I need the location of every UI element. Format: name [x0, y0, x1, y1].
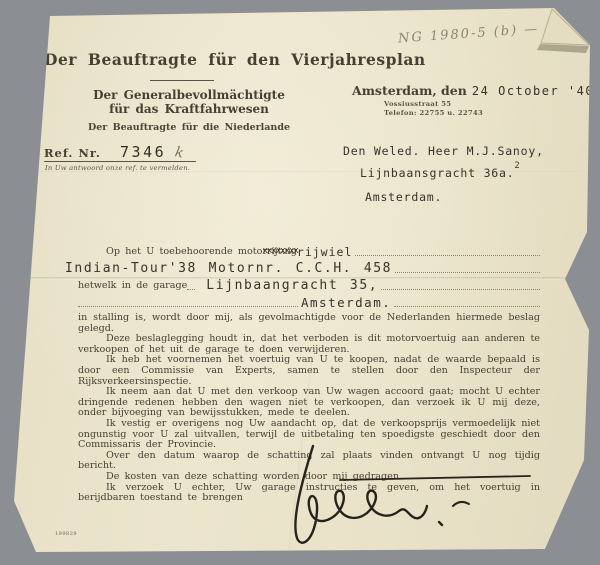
paragraph: Ik neem aan dat U met den verkoop van Uw…	[78, 387, 540, 419]
letterhead-subtitle-line2: für das Kraftfahrwesen	[54, 102, 324, 116]
recipient-name: Den Weled. Heer M.J.Sanoy,	[343, 144, 544, 158]
recipient-street-text: Lijnbaansgracht 36a.	[360, 166, 514, 180]
opening-line: Op het U toebehoorende motorrijtuigxxxxx…	[106, 243, 540, 258]
dotted-leader	[355, 255, 540, 256]
letterhead-subtitle2: Der Beauftragte für die Niederlande	[54, 122, 324, 133]
garage-typed-text: Lijnbaangracht 35,	[206, 281, 378, 292]
ref-number-typed: 7346	[120, 143, 166, 161]
letterhead-subtitle: Der Generalbevollmächtigte für das Kraft…	[54, 88, 324, 116]
dotted-leader	[395, 272, 540, 273]
letterhead-street: Vossiusstraat 55	[384, 100, 483, 109]
place-and-date: Amsterdam, den 24 October '40	[352, 80, 594, 99]
recipient-street-sup: 2	[514, 161, 520, 171]
typed-strikeout: xxxxxxxx	[262, 246, 297, 257]
garage-line: hetwelk in de garage Lijnbaangracht 35,	[78, 275, 540, 292]
letterhead-phone: Telefon: 22755 u. 22743	[384, 109, 483, 118]
opening-typed-word: rijwiel	[297, 247, 352, 258]
ref-handwritten-mark: k	[174, 144, 186, 161]
city-line: Amsterdam.	[78, 292, 540, 309]
vehicle-line: Indian-Tour'38 Motornr. C.C.H. 458	[65, 258, 540, 275]
recipient-street: Lijnbaansgracht 36a.2	[360, 165, 544, 180]
letterhead-contact: Vossiusstraat 55 Telefon: 22755 u. 22743	[384, 100, 483, 117]
garage-printed-text: hetwelk in de garage	[78, 281, 187, 292]
city-typed-text: Amsterdam.	[301, 298, 391, 309]
paragraph: in stalling is, wordt door mij, als gevo…	[78, 313, 540, 334]
archive-annotation: NG 1980-5 (b) — 2	[398, 21, 556, 47]
recipient-city: Amsterdam.	[365, 190, 544, 204]
vehicle-typed-text: Indian-Tour'38 Motornr. C.C.H. 458	[65, 264, 392, 275]
opening-printed-text: Op het U toebehoorende moto	[106, 247, 262, 258]
dotted-leader	[78, 306, 298, 307]
printer-code: 199829	[55, 531, 77, 537]
paragraph: Ik heb het voornemen het voertuig van U …	[78, 355, 540, 387]
letterhead-subtitle-line1: Der Generalbevollmächtigte	[54, 88, 324, 102]
dotted-leader	[381, 289, 540, 290]
letter-paper: NG 1980-5 (b) — 2 Der Beauftragte für de…	[0, 0, 600, 565]
letterhead-title: Der Beauftragte für den Vierjahresplan	[44, 50, 364, 69]
typed-date: 24 October '40	[472, 84, 594, 98]
reference-block: Ref. Nr. 7346 k	[44, 142, 184, 161]
ref-label: Ref. Nr.	[44, 146, 101, 160]
ref-underline	[44, 161, 196, 162]
place-date-label: Amsterdam, den	[352, 83, 467, 98]
ref-note: In Uw antwoord onze ref. te vermelden.	[45, 164, 190, 172]
overstruck-word: rrijtuigxxxxxxxx	[262, 247, 296, 258]
handwritten-signature	[265, 438, 565, 563]
dotted-leader	[394, 306, 540, 307]
letterhead-divider	[150, 80, 214, 81]
recipient-address: Den Weled. Heer M.J.Sanoy, Lijnbaansgrac…	[343, 144, 544, 204]
paragraph: Deze beslaglegging houdt in, dat het ver…	[78, 334, 540, 355]
dotted-leader	[187, 289, 195, 290]
